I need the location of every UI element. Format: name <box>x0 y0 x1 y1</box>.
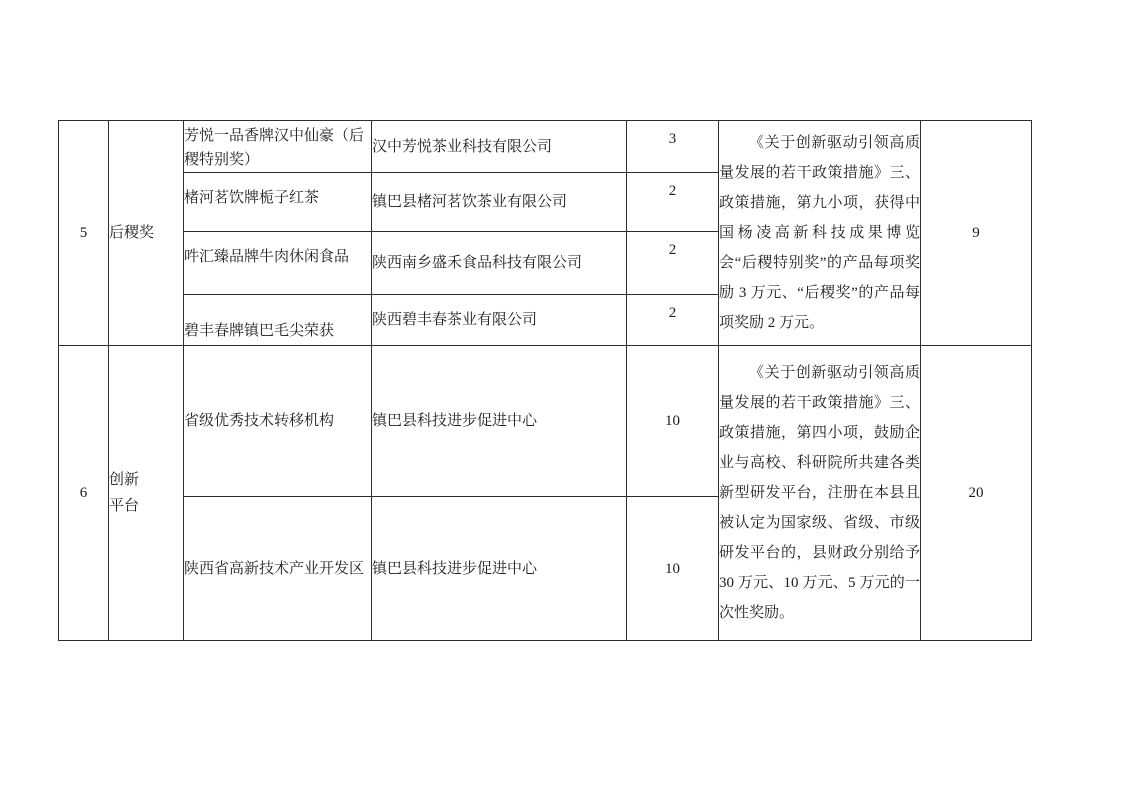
table-row: 5 后稷奖 芳悦一品香牌汉中仙豪（后稷特别奖） 汉中芳悦茶业科技有限公司 3 《… <box>59 121 1032 173</box>
company-cell: 陕西南乡盛禾食品科技有限公司 <box>372 232 627 295</box>
amount-cell: 10 <box>627 346 719 497</box>
amount-cell: 2 <box>627 295 719 346</box>
item-name-cell: 碧丰春牌镇巴毛尖荣获 <box>184 295 372 346</box>
document-page: 5 后稷奖 芳悦一品香牌汉中仙豪（后稷特别奖） 汉中芳悦茶业科技有限公司 3 《… <box>0 0 1122 793</box>
total-cell: 20 <box>921 346 1032 641</box>
item-name-cell: 吽汇臻品牌牛肉休闲食品 <box>184 232 372 295</box>
company-cell: 汉中芳悦茶业科技有限公司 <box>372 121 627 173</box>
item-name-cell: 省级优秀技术转移机构 <box>184 346 372 497</box>
table-row: 6 创新平台 省级优秀技术转移机构 镇巴县科技进步促进中心 10 《关于创新驱动… <box>59 346 1032 497</box>
amount-cell: 10 <box>627 497 719 641</box>
company-cell: 陕西碧丰春茶业有限公司 <box>372 295 627 346</box>
amount-cell: 2 <box>627 232 719 295</box>
company-cell: 镇巴县科技进步促进中心 <box>372 497 627 641</box>
item-name-cell: 楮河茗饮牌栀子红茶 <box>184 173 372 232</box>
policy-cell: 《关于创新驱动引领高质量发展的若干政策措施》三、政策措施，第四小项，鼓励企业与高… <box>719 346 921 641</box>
amount-cell: 2 <box>627 173 719 232</box>
awards-table: 5 后稷奖 芳悦一品香牌汉中仙豪（后稷特别奖） 汉中芳悦茶业科技有限公司 3 《… <box>58 120 1032 641</box>
total-cell: 9 <box>921 121 1032 346</box>
company-cell: 镇巴县楮河茗饮茶业有限公司 <box>372 173 627 232</box>
category-cell: 创新平台 <box>109 346 184 641</box>
policy-cell: 《关于创新驱动引领高质量发展的若干政策措施》三、政策措施，第九小项，获得中国杨凌… <box>719 121 921 346</box>
amount-cell: 3 <box>627 121 719 173</box>
item-name-cell: 陕西省高新技术产业开发区 <box>184 497 372 641</box>
policy-text: 《关于创新驱动引领高质量发展的若干政策措施》三、政策措施，第九小项，获得中国杨凌… <box>719 128 920 338</box>
row-index: 5 <box>59 121 109 346</box>
category-cell: 后稷奖 <box>109 121 184 346</box>
row-index: 6 <box>59 346 109 641</box>
policy-text: 《关于创新驱动引领高质量发展的若干政策措施》三、政策措施，第四小项，鼓励企业与高… <box>719 358 920 628</box>
item-name-cell: 芳悦一品香牌汉中仙豪（后稷特别奖） <box>184 121 372 173</box>
company-cell: 镇巴县科技进步促进中心 <box>372 346 627 497</box>
